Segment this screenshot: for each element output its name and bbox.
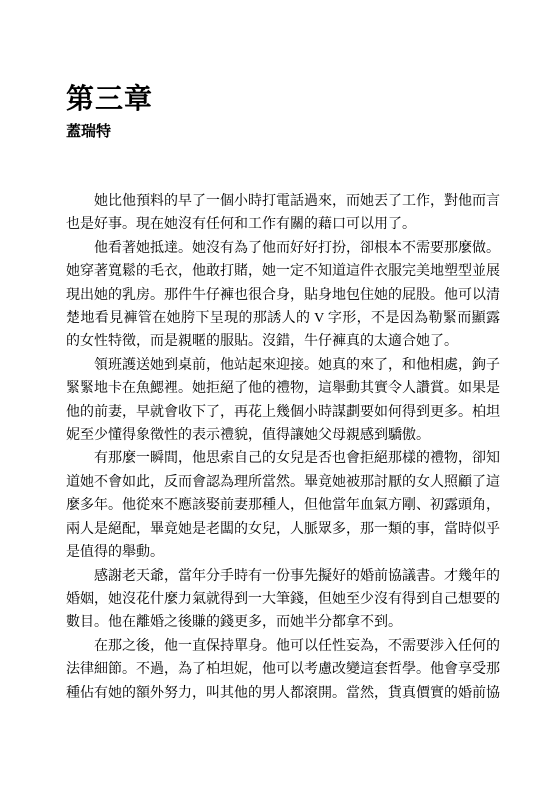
book-page: 第三章 蓋瑞特 她比他預料的早了一個小時打電話過來，而她丟了工作，對他而言也是好… [0, 0, 559, 794]
paragraph: 有那麼一瞬間，他思索自己的女兒是否也會拒絕那樣的禮物，卻知道她不會如此，反而會認… [66, 447, 500, 564]
body-text: 她比他預料的早了一個小時打電話過來，而她丟了工作，對他而言也是好事。現在她沒有任… [66, 190, 500, 705]
chapter-subtitle: 蓋瑞特 [66, 123, 500, 141]
page-content: 第三章 蓋瑞特 她比他預料的早了一個小時打電話過來，而她丟了工作，對他而言也是好… [66, 84, 500, 705]
chapter-title: 第三章 [66, 84, 500, 116]
paragraph: 他看著她抵達。她沒有為了他而好好打扮，卻根本不需要那麼做。她穿著寬鬆的毛衣，他敢… [66, 237, 500, 354]
paragraph: 她比他預料的早了一個小時打電話過來，而她丟了工作，對他而言也是好事。現在她沒有任… [66, 190, 500, 237]
paragraph: 在那之後，他一直保持單身。他可以任性妄為，不需要涉入任何的法律細節。不過，為了柏… [66, 635, 500, 705]
paragraph: 領班護送她到桌前，他站起來迎接。她真的來了，和他相處，鉤子緊緊地卡在魚鰓裡。她拒… [66, 354, 500, 448]
paragraph: 感謝老天爺，當年分手時有一份事先擬好的婚前協議書。才幾年的婚姻，她沒花什麼力氣就… [66, 565, 500, 635]
